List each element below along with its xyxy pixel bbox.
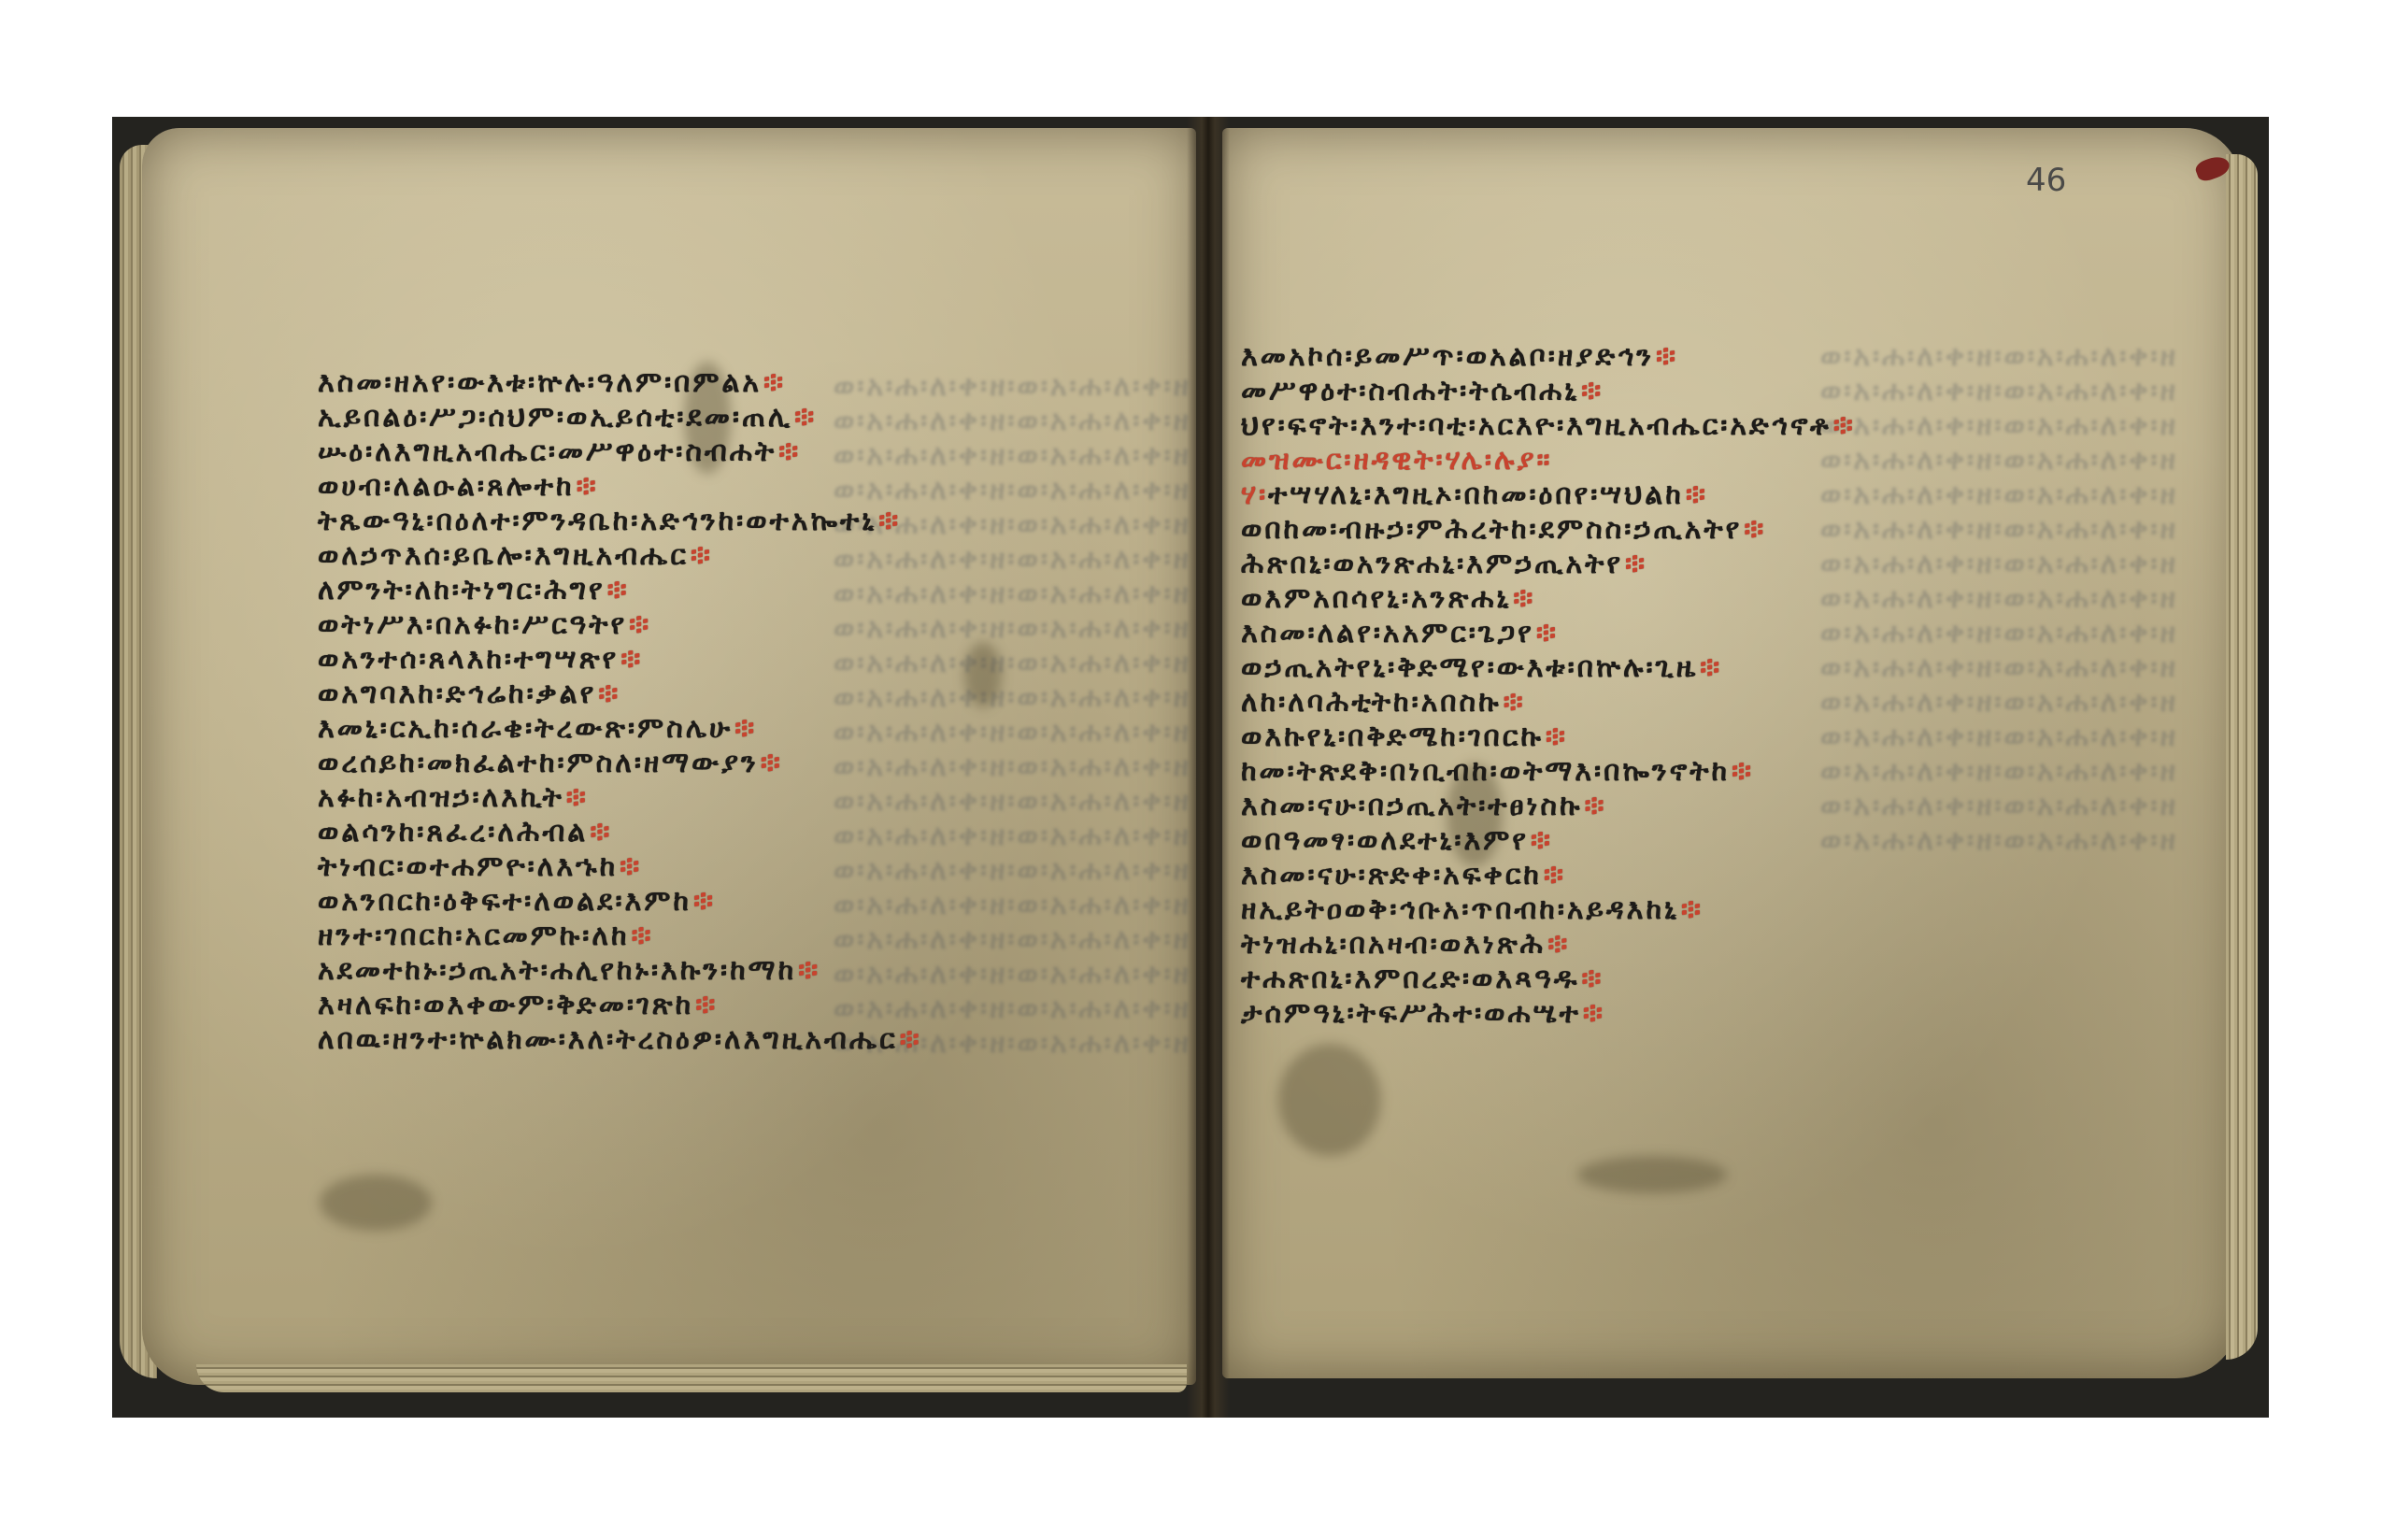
verse-end-marker: ፨ <box>1700 651 1722 684</box>
verse-end-marker: ፨ <box>1732 755 1754 788</box>
rubric-initial: ሃ፡ <box>1241 478 1268 511</box>
show-through-line: ወ፡አ፡ሐ፡ለ፡ቀ፡ዘ፡ወ፡አ፡ሐ፡ለ፡ቀ፡ዘ <box>1820 339 2178 374</box>
verse-end-marker: ፨ <box>607 574 630 606</box>
show-through-line: ወ፡አ፡ሐ፡ለ፡ቀ፡ዘ፡ወ፡አ፡ሐ፡ለ፡ቀ፡ዘ <box>1820 823 2178 858</box>
show-through-line: ወ፡አ፡ሐ፡ለ፡ቀ፡ዘ፡ወ፡አ፡ሐ፡ለ፡ቀ፡ዘ <box>1820 754 2178 789</box>
show-through-line: ወ፡አ፡ሐ፡ለ፡ቀ፡ዘ፡ወ፡አ፡ሐ፡ለ፡ቀ፡ዘ <box>1820 547 2178 581</box>
show-through-line: ወ፡አ፡ሐ፡ለ፡ቀ፡ዘ፡ወ፡አ፡ሐ፡ለ፡ቀ፡ዘ <box>1820 616 2178 650</box>
verse-end-marker: ፨ <box>1581 962 1604 995</box>
line-text: ትጼውዓኒ፡በዕለተ፡ምንዳቤከ፡አድኅንከ፡ወተአኰተኒ <box>318 505 877 537</box>
text-line: እመኒ፡ርኢከ፡ሰራቄ፡ትረውጽ፡ምስሌሁ፨ <box>318 711 922 746</box>
verse-end-marker: ፨ <box>1544 859 1566 891</box>
line-text: ወእኩየኒ፡በቅድሜከ፡ገበርኩ <box>1241 720 1544 753</box>
text-line: ሕጽበኒ፡ወአንጽሐኒ፡እምኃጢአትየ፨ <box>1241 547 1856 581</box>
line-text: ወበከመ፡ብዙኃ፡ምሕረትከ፡ደምስስ፡ኃጢአትየ <box>1241 513 1742 546</box>
verse-end-marker: ፨ <box>878 505 901 537</box>
verse-end-marker: ፨ <box>1585 790 1607 822</box>
show-through-line: ወ፡አ፡ሐ፡ለ፡ቀ፡ዘ፡ወ፡አ፡ሐ፡ለ፡ቀ፡ዘ <box>1820 789 2178 823</box>
line-text: ሡዕ፡ለእግዚአብሔር፡መሥዋዕተ፡ስብሐት <box>318 435 777 468</box>
line-text: ትነዝሐኒ፡በአዛብ፡ወእነጽሕ <box>1241 928 1546 961</box>
text-line: ዘንተ፡ገበርከ፡አርመምኩ፡ለከ፨ <box>318 919 922 953</box>
text-line: እስመ፡ለልየ፡አአምር፡ጌጋየ፨ <box>1241 616 1856 650</box>
verse-end-marker: ፨ <box>1681 893 1704 926</box>
line-text: ወአግባእከ፡ድኅሬከ፡ቃልየ <box>318 677 596 710</box>
line-text: ወለኃጥእሰ፡ይቤሎ፡እግዚአብሔር <box>318 539 689 572</box>
verse-end-marker: ፨ <box>1583 997 1605 1030</box>
page-edges-right <box>2226 154 2258 1360</box>
verse-end-marker: ፨ <box>695 989 718 1021</box>
show-through-line: ወ፡አ፡ሐ፡ለ፡ቀ፡ዘ፡ወ፡አ፡ሐ፡ለ፡ቀ፡ዘ <box>1820 374 2178 408</box>
verse-end-marker: ፨ <box>1531 824 1553 857</box>
page-edges-bottom <box>196 1364 1187 1392</box>
text-line: ወአንበርከ፡ዕቅፍተ፡ለወልደ፡እምከ፨ <box>318 884 922 919</box>
show-through-line: ወ፡አ፡ሐ፡ለ፡ቀ፡ዘ፡ወ፡አ፡ሐ፡ለ፡ቀ፡ዘ <box>1820 443 2178 478</box>
text-line: እስመ፡ናሁ፡ጽድቀ፡አፍቀርከ፨ <box>1241 858 1856 892</box>
show-through-line: ወ፡አ፡ሐ፡ለ፡ቀ፡ዘ፡ወ፡አ፡ሐ፡ለ፡ቀ፡ዘ <box>1820 581 2178 616</box>
rubric-heading: መዝሙር፡ዘዳዊት፡ሃሌ፡ሉያ። <box>1241 443 1856 478</box>
verse-end-marker: ፨ <box>693 885 716 918</box>
verse-end-marker: ፨ <box>778 435 801 468</box>
text-line: ለከ፡ለባሕቲትከ፡አበስኩ፨ <box>1241 685 1856 720</box>
text-line: ወበከመ፡ብዙኃ፡ምሕረትከ፡ደምስስ፡ኃጢአትየ፨ <box>1241 512 1856 547</box>
text-line: ወኃጢአትየኒ፡ቅድሜየ፡ውእቱ፡በኵሉ፡ጊዜ፨ <box>1241 650 1856 685</box>
text-line: ታሰምዓኒ፡ትፍሥሕተ፡ወሐሤተ፨ <box>1241 996 1856 1031</box>
line-text: ወልሳንከ፡ጸፈረ፡ለሕብል <box>318 816 588 848</box>
line-text: ተሣሃለኒ፡እግዚኦ፡በከመ፡ዕበየ፡ሣህልከ <box>1268 478 1684 511</box>
left-page: ወ፡አ፡ሐ፡ለ፡ቀ፡ዘ፡ወ፡አ፡ሐ፡ለ፡ቀ፡ዘወ፡አ፡ሐ፡ለ፡ቀ፡ዘ፡ወ፡አ፡ሐ… <box>142 128 1196 1385</box>
line-text: ለበዉ፡ዘንተ፡ኵልክሙ፡እለ፡ትረስዕዎ፡ለእግዚአብሔር <box>318 1023 898 1056</box>
line-text: አፉከ፡አብዝኃ፡ለእኪት <box>318 781 564 814</box>
verse-end-marker: ፨ <box>1744 513 1766 546</box>
text-line: ወአንተሰ፡ጸላእከ፡ተግሣጽየ፨ <box>318 642 922 677</box>
line-text: ወአንተሰ፡ጸላእከ፡ተግሣጽየ <box>318 643 619 676</box>
text-line: ለምንት፡ለከ፡ትነግር፡ሕግየ፨ <box>318 573 922 607</box>
text-line: ወረሰይከ፡መክፈልተከ፡ምስለ፡ዘማውያን፨ <box>318 746 922 780</box>
text-line: ከመ፡ትጽደቅ፡በነቢብከ፡ወትማእ፡በኰንኖትከ፨ <box>1241 754 1856 789</box>
verse-end-marker: ። <box>1537 444 1553 477</box>
verse-end-marker: ፨ <box>1833 409 1856 442</box>
verse-end-marker: ፨ <box>620 643 643 676</box>
text-line: ወአግባእከ፡ድኅሬከ፡ቃልየ፨ <box>318 677 922 711</box>
text-line: እስመ፡ዘአየ፡ውእቱ፡ኵሉ፡ዓለም፡በምልአ፨ <box>318 365 922 400</box>
verse-end-marker: ፨ <box>900 1023 922 1056</box>
line-text: ወአንበርከ፡ዕቅፍተ፡ለወልደ፡እምከ <box>318 885 691 918</box>
show-through-line: ወ፡አ፡ሐ፡ለ፡ቀ፡ዘ፡ወ፡አ፡ሐ፡ለ፡ቀ፡ዘ <box>1820 512 2178 547</box>
show-through-line: ወ፡አ፡ሐ፡ለ፡ቀ፡ዘ፡ወ፡አ፡ሐ፡ለ፡ቀ፡ዘ <box>1820 685 2178 720</box>
text-line: ተሐጽበኒ፡እምበረድ፡ወእጻዓዱ፨ <box>1241 962 1856 996</box>
verse-end-marker: ፨ <box>1547 928 1570 961</box>
line-text: ወበዓመፃ፡ወለደተኒ፡እምየ <box>1241 824 1529 857</box>
line-text: መሥዋዕተ፡ስብሐት፡ትሴብሐኒ <box>1241 375 1579 407</box>
line-text: መዝሙር፡ዘዳዊት፡ሃሌ፡ሉያ <box>1241 444 1537 477</box>
verse-end-marker: ፨ <box>691 539 713 572</box>
verse-end-marker: ፨ <box>1513 582 1535 615</box>
text-line: ዘኢይትዐወቅ፡ኅቡአ፡ጥበብከ፡አይዳእከኒ፨ <box>1241 892 1856 927</box>
text-line: እስመ፡ናሁ፡በኃጢአት፡ተፀነስኩ፨ <box>1241 789 1856 823</box>
text-line: ትጼውዓኒ፡በዕለተ፡ምንዳቤከ፡አድኅንከ፡ወተአኰተኒ፨ <box>318 504 922 538</box>
verse-end-marker: ፨ <box>577 470 599 503</box>
verse-end-marker: ፨ <box>798 954 820 987</box>
line-text: አደመተከኑ፡ኃጢአት፡ሐሊየከኑ፡እኩን፡ከማከ <box>318 954 796 987</box>
verse-end-marker: ፨ <box>598 677 620 710</box>
line-text: ወትነሥእ፡በአፉከ፡ሥርዓትየ <box>318 608 627 641</box>
right-page-text: እመአኮሰ፡ይመሥጥ፡ወአልቦ፡ዘያድኅን፨መሥዋዕተ፡ስብሐት፡ትሴብሐኒ፨ህ… <box>1241 339 1856 1031</box>
folio-number: 46 <box>2026 162 2066 199</box>
text-line: አፉከ፡አብዝኃ፡ለእኪት፨ <box>318 780 922 815</box>
right-page: 46 ወ፡አ፡ሐ፡ለ፡ቀ፡ዘ፡ወ፡አ፡ሐ፡ለ፡ቀ፡ዘወ፡አ፡ሐ፡ለ፡ቀ፡ዘ፡ወ፡… <box>1222 128 2241 1378</box>
verse-end-marker: ፨ <box>1686 478 1708 511</box>
text-line: ወለኃጥእሰ፡ይቤሎ፡እግዚአብሔር፨ <box>318 538 922 573</box>
verse-end-marker: ፨ <box>566 781 589 814</box>
verse-end-marker: ፨ <box>632 920 654 952</box>
line-text: ዘንተ፡ገበርከ፡አርመምኩ፡ለከ <box>318 920 630 952</box>
left-page-text: እስመ፡ዘአየ፡ውእቱ፡ኵሉ፡ዓለም፡በምልአ፨ኢይበልዕ፡ሥጋ፡ሰህም፡ወኢይ… <box>318 365 922 1057</box>
text-line: አደመተከኑ፡ኃጢአት፡ሐሊየከኑ፡እኩን፡ከማከ፨ <box>318 953 922 988</box>
line-text: ለከ፡ለባሕቲትከ፡አበስኩ <box>1241 686 1502 719</box>
manuscript-photo: ወ፡አ፡ሐ፡ለ፡ቀ፡ዘ፡ወ፡አ፡ሐ፡ለ፡ቀ፡ዘወ፡አ፡ሐ፡ለ፡ቀ፡ዘ፡ወ፡አ፡ሐ… <box>112 117 2269 1418</box>
line-text: እስመ፡ናሁ፡በኃጢአት፡ተፀነስኩ <box>1241 790 1583 822</box>
show-through-line: ወ፡አ፡ሐ፡ለ፡ቀ፡ዘ፡ወ፡አ፡ሐ፡ለ፡ቀ፡ዘ <box>1820 478 2178 512</box>
line-text: እስመ፡ዘአየ፡ውእቱ፡ኵሉ፡ዓለም፡በምልአ <box>318 366 762 399</box>
text-line: ሡዕ፡ለእግዚአብሔር፡መሥዋዕተ፡ስብሐት፨ <box>318 435 922 469</box>
line-text: ወረሰይከ፡መክፈልተከ፡ምስለ፡ዘማውያን <box>318 747 759 779</box>
line-text: ከመ፡ትጽደቅ፡በነቢብከ፡ወትማእ፡በኰንኖትከ <box>1241 755 1730 788</box>
line-text: እስመ፡ናሁ፡ጽድቀ፡አፍቀርከ <box>1241 859 1542 891</box>
text-line: ወትነሥእ፡በአፉከ፡ሥርዓትየ፨ <box>318 607 922 642</box>
text-line: ወእምአበሳየኒ፡አንጽሐኒ፨ <box>1241 581 1856 616</box>
stain <box>320 1175 432 1231</box>
line-text: እመአኮሰ፡ይመሥጥ፡ወአልቦ፡ዘያድኅን <box>1241 340 1654 373</box>
stain <box>1278 1044 1381 1156</box>
text-line: ወሀብ፡ለልዑል፡ጸሎተከ፨ <box>318 469 922 504</box>
show-through-line: ወ፡አ፡ሐ፡ለ፡ቀ፡ዘ፡ወ፡አ፡ሐ፡ለ፡ቀ፡ዘ <box>1820 650 2178 685</box>
verse-end-marker: ፨ <box>763 366 786 399</box>
verse-end-marker: ፨ <box>761 747 783 779</box>
show-through-line: ወ፡አ፡ሐ፡ለ፡ቀ፡ዘ፡ወ፡አ፡ሐ፡ለ፡ቀ፡ዘ <box>1820 408 2178 443</box>
verse-end-marker: ፨ <box>620 850 642 883</box>
line-text: ኢይበልዕ፡ሥጋ፡ሰህም፡ወኢይሰቲ፡ደመ፡ጠሊ <box>318 401 792 434</box>
show-through-line: ወ፡አ፡ሐ፡ለ፡ቀ፡ዘ፡ወ፡አ፡ሐ፡ለ፡ቀ፡ዘ <box>1820 720 2178 754</box>
line-text: ዘኢይትዐወቅ፡ኅቡአ፡ጥበብከ፡አይዳእከኒ <box>1241 893 1679 926</box>
text-line: ትነዝሐኒ፡በአዛብ፡ወእነጽሕ፨ <box>1241 927 1856 962</box>
verse-end-marker: ፨ <box>629 608 651 641</box>
text-line: ሃ፡ተሣሃለኒ፡እግዚኦ፡በከመ፡ዕበየ፡ሣህልከ፨ <box>1241 478 1856 512</box>
text-line: እመአኮሰ፡ይመሥጥ፡ወአልቦ፡ዘያድኅን፨ <box>1241 339 1856 374</box>
line-text: እስመ፡ለልየ፡አአምር፡ጌጋየ <box>1241 617 1534 649</box>
line-text: ወእምአበሳየኒ፡አንጽሐኒ <box>1241 582 1511 615</box>
line-text: እዛለፍከ፡ወእቀውም፡ቅድመ፡ገጽከ <box>318 989 693 1021</box>
verse-end-marker: ፨ <box>590 816 612 848</box>
text-line: ህየ፡ፍኖት፡እንተ፡ባቲ፡አርእዮ፡እግዚአብሔር፡አድኅኖቶ፨ <box>1241 408 1856 443</box>
verse-end-marker: ፨ <box>794 401 817 434</box>
verse-end-marker: ፨ <box>734 712 757 745</box>
text-line: ወልሳንከ፡ጸፈረ፡ለሕብል፨ <box>318 815 922 849</box>
text-line: ኢይበልዕ፡ሥጋ፡ሰህም፡ወኢይሰቲ፡ደመ፡ጠሊ፨ <box>318 400 922 435</box>
book-gutter <box>1187 117 1230 1418</box>
verse-end-marker: ፨ <box>1656 340 1678 373</box>
text-line: ትነብር፡ወተሐምዮ፡ለእኁከ፨ <box>318 849 922 884</box>
verse-end-marker: ፨ <box>1504 686 1526 719</box>
text-line: ወበዓመፃ፡ወለደተኒ፡እምየ፨ <box>1241 823 1856 858</box>
line-text: ተሐጽበኒ፡እምበረድ፡ወእጻዓዱ <box>1241 962 1579 995</box>
text-line: መሥዋዕተ፡ስብሐት፡ትሴብሐኒ፨ <box>1241 374 1856 408</box>
line-text: ታሰምዓኒ፡ትፍሥሕተ፡ወሐሤተ <box>1241 997 1581 1030</box>
verse-end-marker: ፨ <box>1546 720 1568 753</box>
verse-end-marker: ፨ <box>1581 375 1604 407</box>
line-text: እመኒ፡ርኢከ፡ሰራቄ፡ትረውጽ፡ምስሌሁ <box>318 712 733 745</box>
verse-end-marker: ፨ <box>1536 617 1559 649</box>
verse-end-marker: ፨ <box>1625 548 1647 580</box>
text-line: ወእኩየኒ፡በቅድሜከ፡ገበርኩ፨ <box>1241 720 1856 754</box>
line-text: ሕጽበኒ፡ወአንጽሐኒ፡እምኃጢአትየ <box>1241 548 1623 580</box>
line-text: ወሀብ፡ለልዑል፡ጸሎተከ <box>318 470 575 503</box>
stain <box>1577 1156 1727 1193</box>
text-line: እዛለፍከ፡ወእቀውም፡ቅድመ፡ገጽከ፨ <box>318 988 922 1022</box>
line-text: ወኃጢአትየኒ፡ቅድሜየ፡ውእቱ፡በኵሉ፡ጊዜ <box>1241 651 1698 684</box>
line-text: ትነብር፡ወተሐምዮ፡ለእኁከ <box>318 850 618 883</box>
line-text: ህየ፡ፍኖት፡እንተ፡ባቲ፡አርእዮ፡እግዚአብሔር፡አድኅኖቶ <box>1241 409 1832 442</box>
text-line: ለበዉ፡ዘንተ፡ኵልክሙ፡እለ፡ትረስዕዎ፡ለእግዚአብሔር፨ <box>318 1022 922 1057</box>
line-text: ለምንት፡ለከ፡ትነግር፡ሕግየ <box>318 574 606 606</box>
